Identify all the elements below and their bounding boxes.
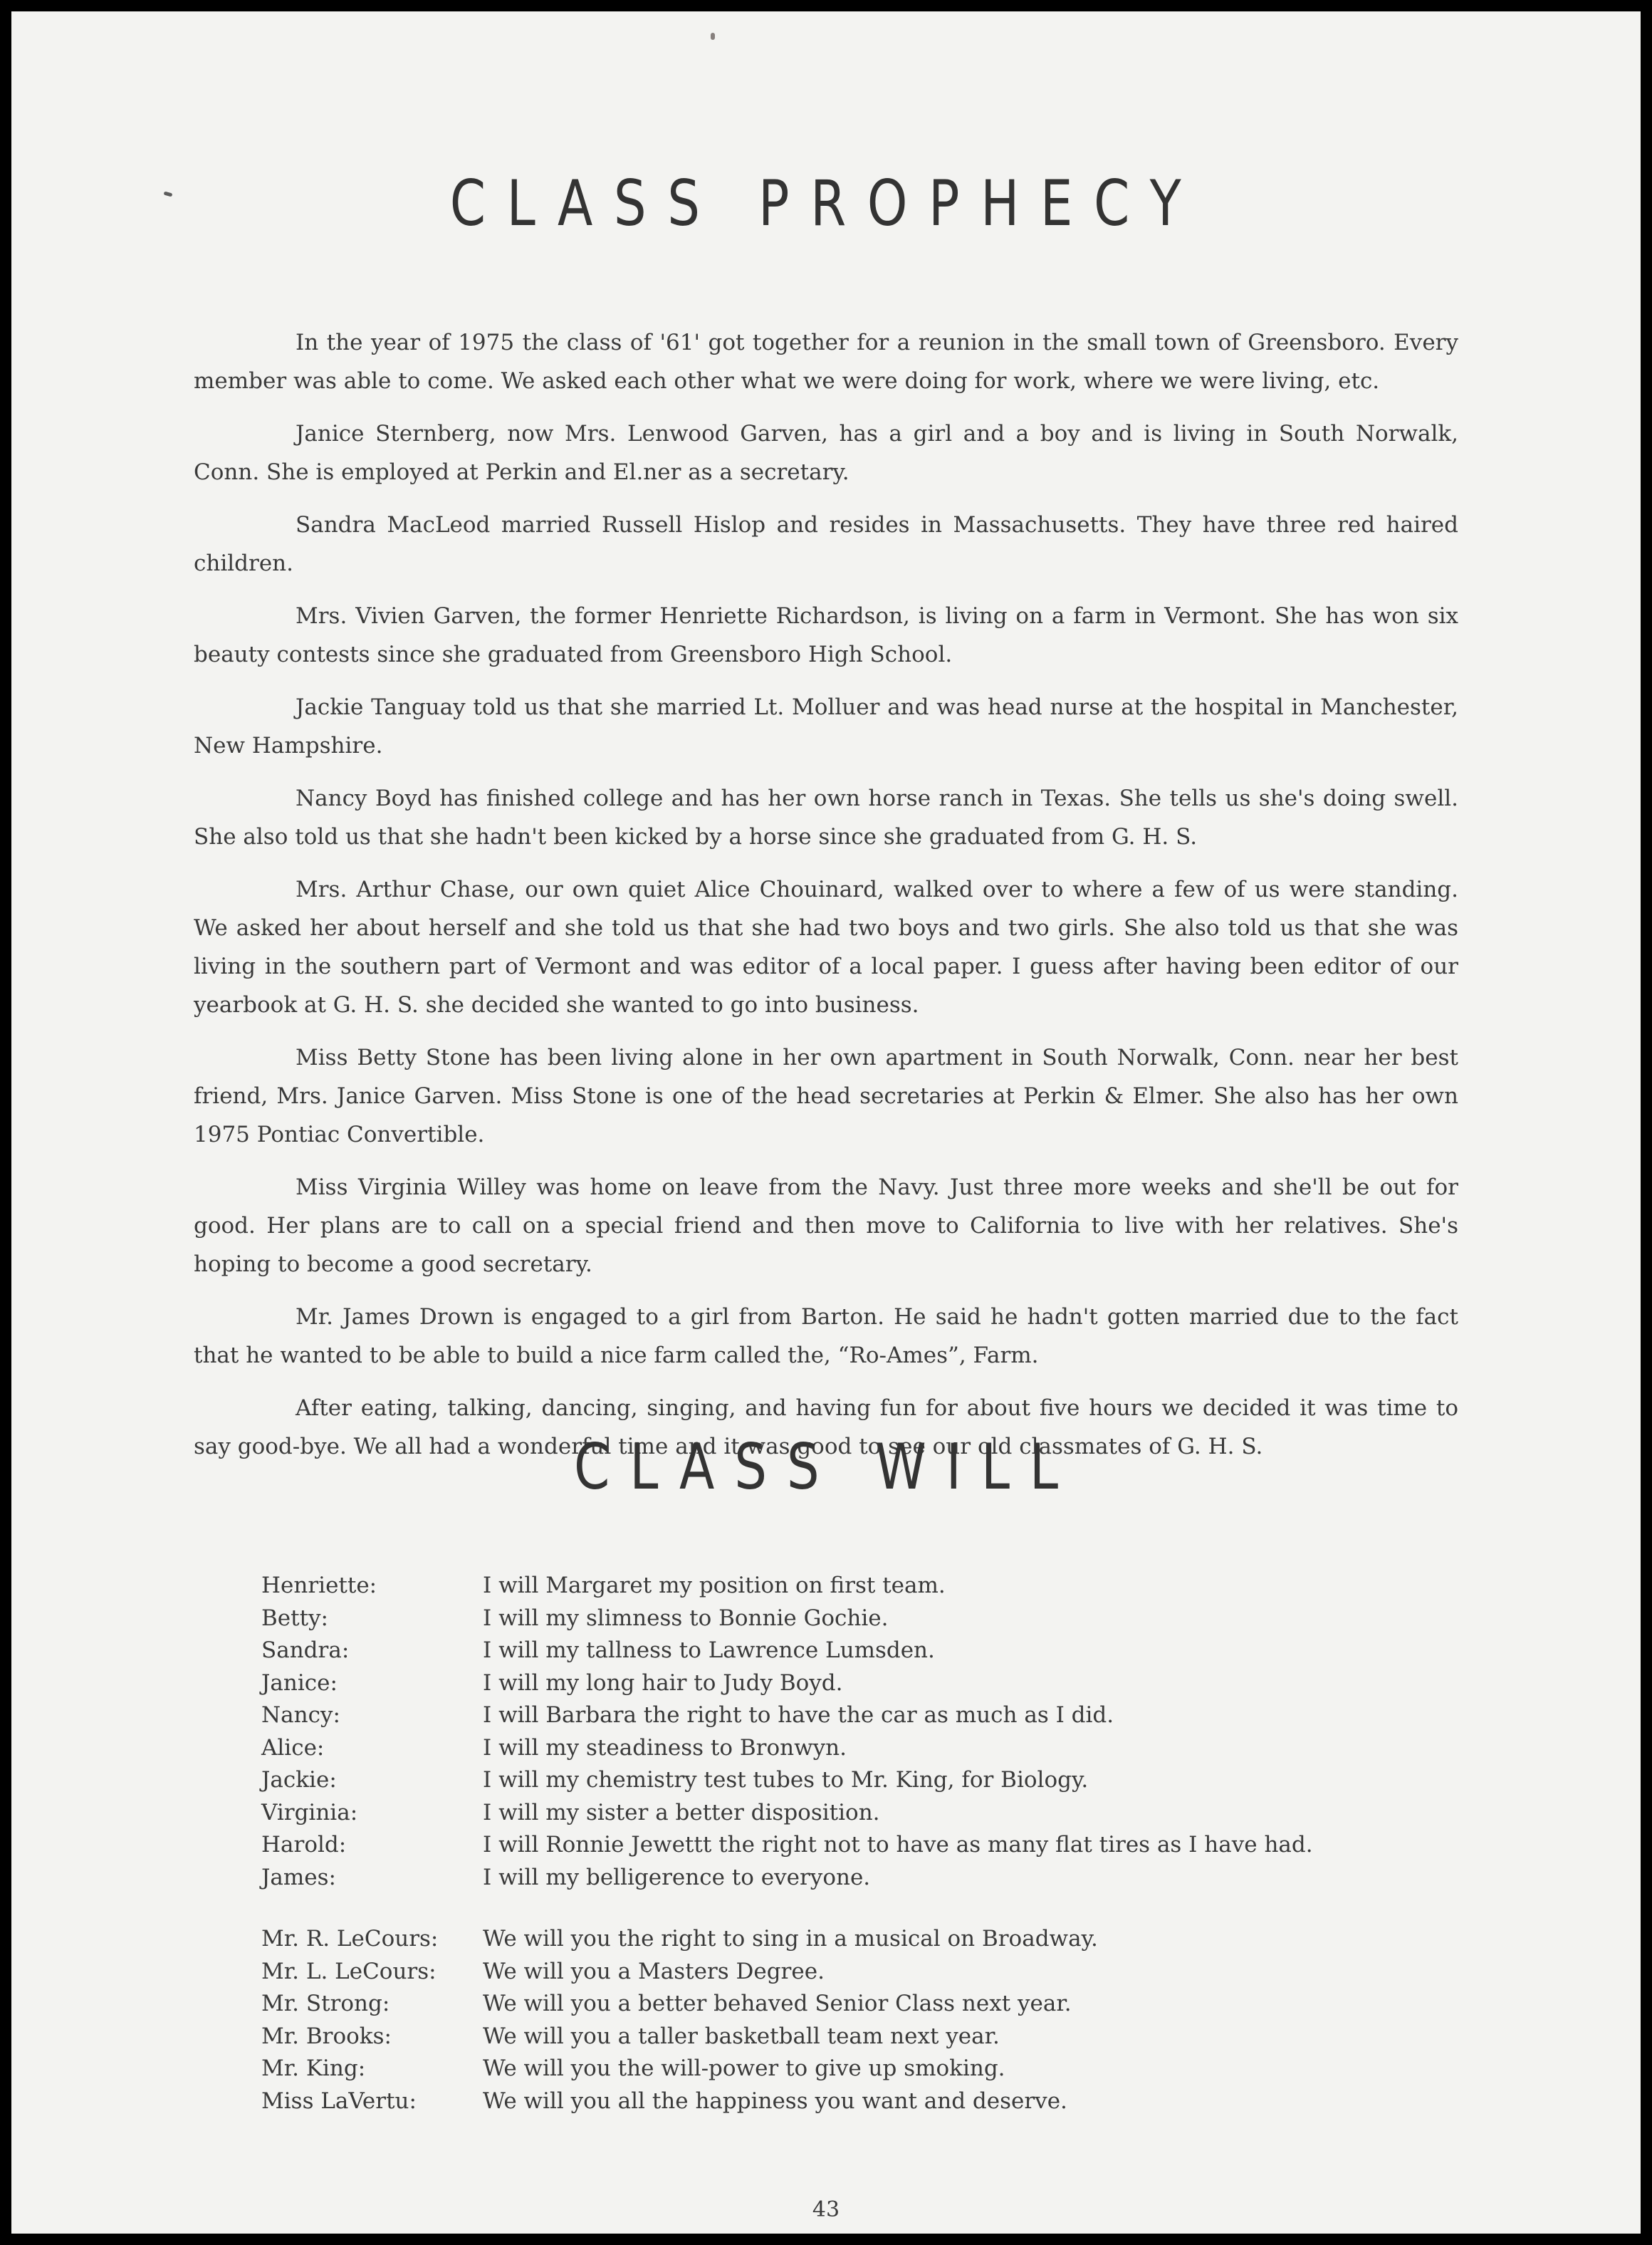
- student-wills: Henriette:I will Margaret my position on…: [261, 1570, 1472, 1894]
- prophecy-paragraph: Miss Betty Stone has been living alone i…: [194, 1038, 1458, 1154]
- will-text: We will you all the happiness you want a…: [483, 2085, 1067, 2118]
- will-entry: Mr. Brooks:We will you a taller basketba…: [261, 2021, 1472, 2053]
- will-text: I will Barbara the right to have the car…: [483, 1699, 1114, 1732]
- faculty-wills: Mr. R. LeCours:We will you the right to …: [261, 1923, 1472, 2118]
- class-prophecy-title: CLASS PROPHECY: [158, 167, 1494, 240]
- will-text: I will Ronnie Jewettt the right not to h…: [483, 1829, 1313, 1862]
- prophecy-paragraph: Janice Sternberg, now Mrs. Lenwood Garve…: [194, 415, 1458, 491]
- will-text: I will my belligerence to everyone.: [483, 1862, 870, 1895]
- will-text: I will my steadiness to Bronwyn.: [483, 1732, 847, 1765]
- will-entry: Betty:I will my slimness to Bonnie Gochi…: [261, 1603, 1472, 1635]
- prophecy-paragraph: Nancy Boyd has finished college and has …: [194, 779, 1458, 856]
- will-name: Harold:: [261, 1829, 483, 1862]
- will-text: I will Margaret my position on first tea…: [483, 1570, 946, 1603]
- will-text: We will you a Masters Degree.: [483, 1956, 825, 1989]
- prophecy-paragraph: Jackie Tanguay told us that she married …: [194, 688, 1458, 765]
- prophecy-paragraph: Mr. James Drown is engaged to a girl fro…: [194, 1298, 1458, 1375]
- class-will-list: Henriette:I will Margaret my position on…: [261, 1570, 1472, 2118]
- will-text: We will you a better behaved Senior Clas…: [483, 1988, 1072, 2021]
- will-text: We will you the right to sing in a music…: [483, 1923, 1098, 1956]
- will-name: Sandra:: [261, 1635, 483, 1667]
- will-name: Mr. Brooks:: [261, 2021, 483, 2053]
- prophecy-paragraph: Mrs. Vivien Garven, the former Henriette…: [194, 597, 1458, 674]
- will-name: Mr. L. LeCours:: [261, 1956, 483, 1989]
- will-text: I will my sister a better disposition.: [483, 1797, 880, 1830]
- will-name: Betty:: [261, 1603, 483, 1635]
- will-text: I will my chemistry test tubes to Mr. Ki…: [483, 1764, 1088, 1797]
- will-name: Mr. R. LeCours:: [261, 1923, 483, 1956]
- will-entry: Mr. King:We will you the will-power to g…: [261, 2053, 1472, 2085]
- prophecy-paragraph: Sandra MacLeod married Russell Hislop an…: [194, 506, 1458, 583]
- will-text: We will you the will-power to give up sm…: [483, 2053, 1005, 2085]
- will-name: Nancy:: [261, 1699, 483, 1732]
- will-entry: Alice:I will my steadiness to Bronwyn.: [261, 1732, 1472, 1765]
- will-name: Alice:: [261, 1732, 483, 1765]
- will-entry: Miss LaVertu:We will you all the happine…: [261, 2085, 1472, 2118]
- paper-speck: [711, 33, 715, 40]
- prophecy-paragraph: In the year of 1975 the class of '61' go…: [194, 323, 1458, 400]
- will-name: Janice:: [261, 1667, 483, 1700]
- will-entry: Nancy:I will Barbara the right to have t…: [261, 1699, 1472, 1732]
- will-entry: Sandra:I will my tallness to Lawrence Lu…: [261, 1635, 1472, 1667]
- will-name: Jackie:: [261, 1764, 483, 1797]
- page-number: 43: [11, 2198, 1641, 2222]
- will-text: I will my tallness to Lawrence Lumsden.: [483, 1635, 935, 1667]
- will-name: Miss LaVertu:: [261, 2085, 483, 2118]
- class-prophecy-body: In the year of 1975 the class of '61' go…: [194, 323, 1458, 1480]
- will-name: Virginia:: [261, 1797, 483, 1830]
- will-entry: Mr. Strong:We will you a better behaved …: [261, 1988, 1472, 2021]
- will-entry: Virginia:I will my sister a better dispo…: [261, 1797, 1472, 1830]
- will-entry: Janice:I will my long hair to Judy Boyd.: [261, 1667, 1472, 1700]
- will-name: James:: [261, 1862, 483, 1895]
- will-entry: Jackie:I will my chemistry test tubes to…: [261, 1764, 1472, 1797]
- prophecy-paragraph: Mrs. Arthur Chase, our own quiet Alice C…: [194, 870, 1458, 1024]
- will-text: We will you a taller basketball team nex…: [483, 2021, 1000, 2053]
- yearbook-page: CLASS PROPHECY In the year of 1975 the c…: [11, 11, 1641, 2234]
- will-entry: Henriette:I will Margaret my position on…: [261, 1570, 1472, 1603]
- will-text: I will my long hair to Judy Boyd.: [483, 1667, 843, 1700]
- will-name: Mr. Strong:: [261, 1988, 483, 2021]
- will-text: I will my slimness to Bonnie Gochie.: [483, 1603, 888, 1635]
- will-entry: Mr. L. LeCours:We will you a Masters Deg…: [261, 1956, 1472, 1989]
- will-name: Mr. King:: [261, 2053, 483, 2085]
- will-name: Henriette:: [261, 1570, 483, 1603]
- class-will-title: CLASS WILL: [158, 1430, 1494, 1504]
- will-entry: Mr. R. LeCours:We will you the right to …: [261, 1923, 1472, 1956]
- prophecy-paragraph: Miss Virginia Willey was home on leave f…: [194, 1168, 1458, 1283]
- will-entry: James:I will my belligerence to everyone…: [261, 1862, 1472, 1895]
- will-entry: Harold:I will Ronnie Jewettt the right n…: [261, 1829, 1472, 1862]
